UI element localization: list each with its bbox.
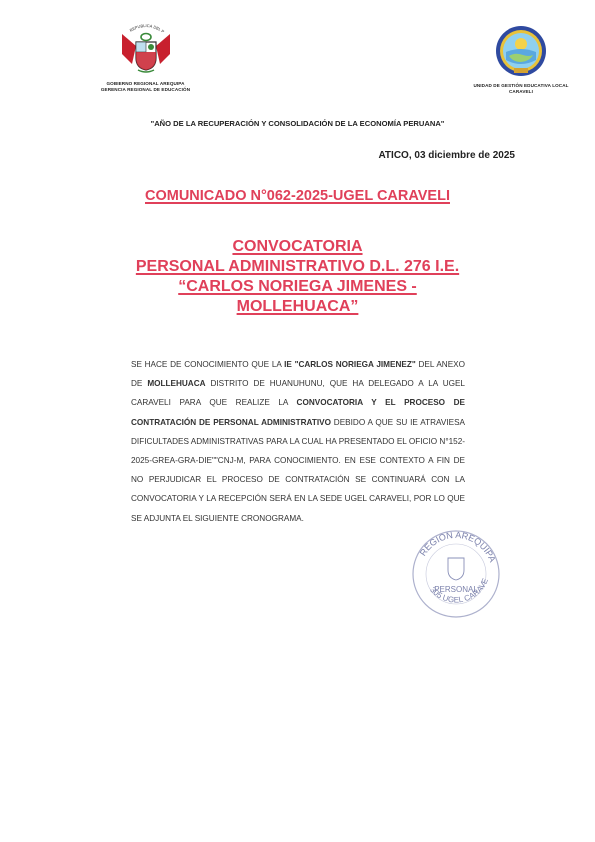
date-line: ATICO, 03 diciembre de 2025: [378, 150, 515, 161]
logo-caption-line2: CARAVELI: [466, 89, 576, 95]
gobierno-regional-logo: REPUBLICA DEL PERU GOBIERNO REGIONAL ARE…: [98, 24, 193, 93]
peru-coat-of-arms-icon: REPUBLICA DEL PERU: [118, 24, 174, 76]
logo-caption-line2: GERENCIA REGIONAL DE EDUCACIÓN: [98, 87, 193, 93]
body-paragraph: SE HACE DE CONOCIMIENTO QUE LA IE "CARLO…: [131, 355, 465, 528]
title-line: MOLLEHUACA”: [237, 298, 359, 315]
title-line: “CARLOS NORIEGA JIMENES -: [178, 278, 417, 295]
ugel-caraveli-emblem-icon: [494, 24, 548, 78]
svg-text:PERSONAL: PERSONAL: [434, 585, 478, 594]
svg-text:REPUBLICA DEL PERU: REPUBLICA DEL PERU: [118, 24, 166, 34]
title-line: PERSONAL ADMINISTRATIVO D.L. 276 I.E.: [136, 258, 459, 275]
svg-text:REGION AREQUIPA: REGION AREQUIPA: [418, 530, 498, 564]
title-line: CONVOCATORIA: [232, 238, 362, 255]
body-text: DEBIDO A QUE SU IE ATRAVIESA DIFICULTADE…: [131, 418, 465, 523]
ugel-caraveli-logo: UNIDAD DE GESTIÓN EDUCATIVA LOCAL CARAVE…: [466, 24, 576, 95]
body-text-bold: MOLLEHUACA: [147, 379, 205, 388]
body-text-bold: IE "CARLOS NORIEGA JIMENEZ": [284, 360, 416, 369]
comunicado-number: COMUNICADO N°062-2025-UGEL CARAVELI: [0, 188, 595, 204]
comunicado-text: COMUNICADO N°062-2025-UGEL CARAVELI: [145, 188, 450, 204]
official-seal-icon: REGION AREQUIPA 305 UGEL CARAVELI PERSON…: [410, 528, 502, 620]
convocatoria-title: CONVOCATORIA PERSONAL ADMINISTRATIVO D.L…: [0, 237, 595, 317]
body-text: SE HACE DE CONOCIMIENTO QUE LA: [131, 360, 284, 369]
year-motto: "AÑO DE LA RECUPERACIÓN Y CONSOLIDACIÓN …: [0, 119, 595, 128]
